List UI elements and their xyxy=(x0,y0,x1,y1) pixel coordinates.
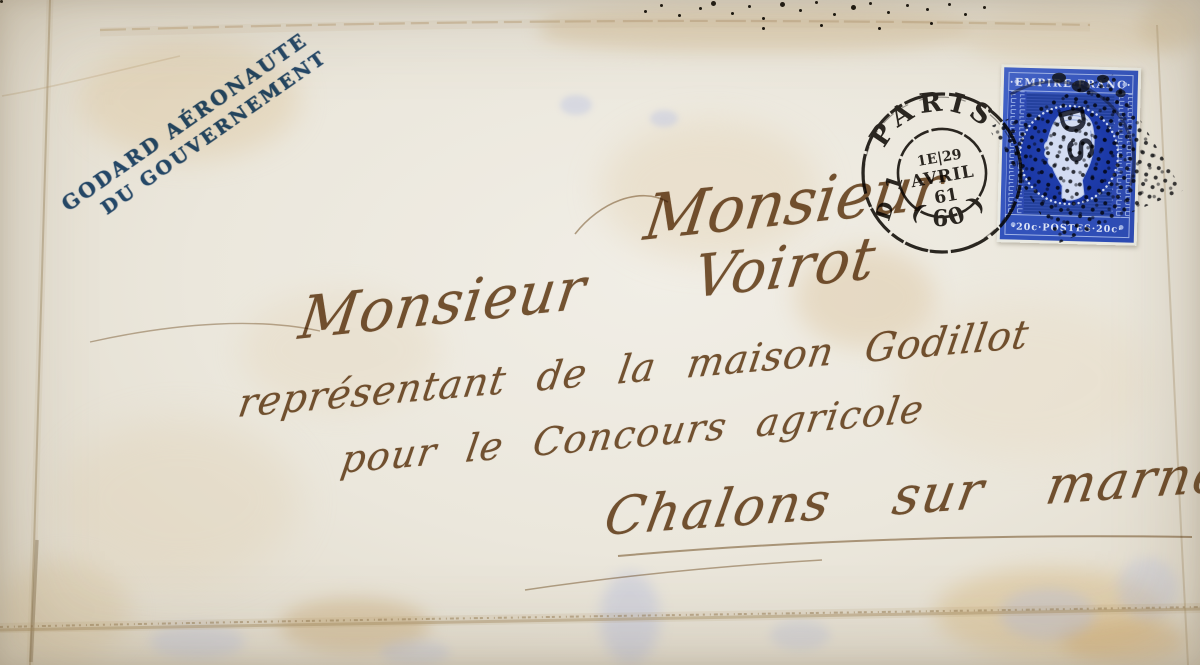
paris-datestamp-art: PARIS ( 60 ) D 1 1E|29 AVRIL 61 xyxy=(844,75,1041,272)
envelope-photo: Monsieur Monsieur Voirot représentant de… xyxy=(0,0,1200,665)
datestamp-year-text: 61 xyxy=(933,185,960,209)
recipient-lead-flourish xyxy=(90,323,320,342)
ink-speckles xyxy=(0,0,3,3)
second-underline-flourish xyxy=(525,560,822,590)
datestamp-bureau-text: D 1 xyxy=(870,169,909,223)
paris-datestamp: PARIS ( 60 ) D 1 1E|29 AVRIL 61 xyxy=(844,75,1041,272)
